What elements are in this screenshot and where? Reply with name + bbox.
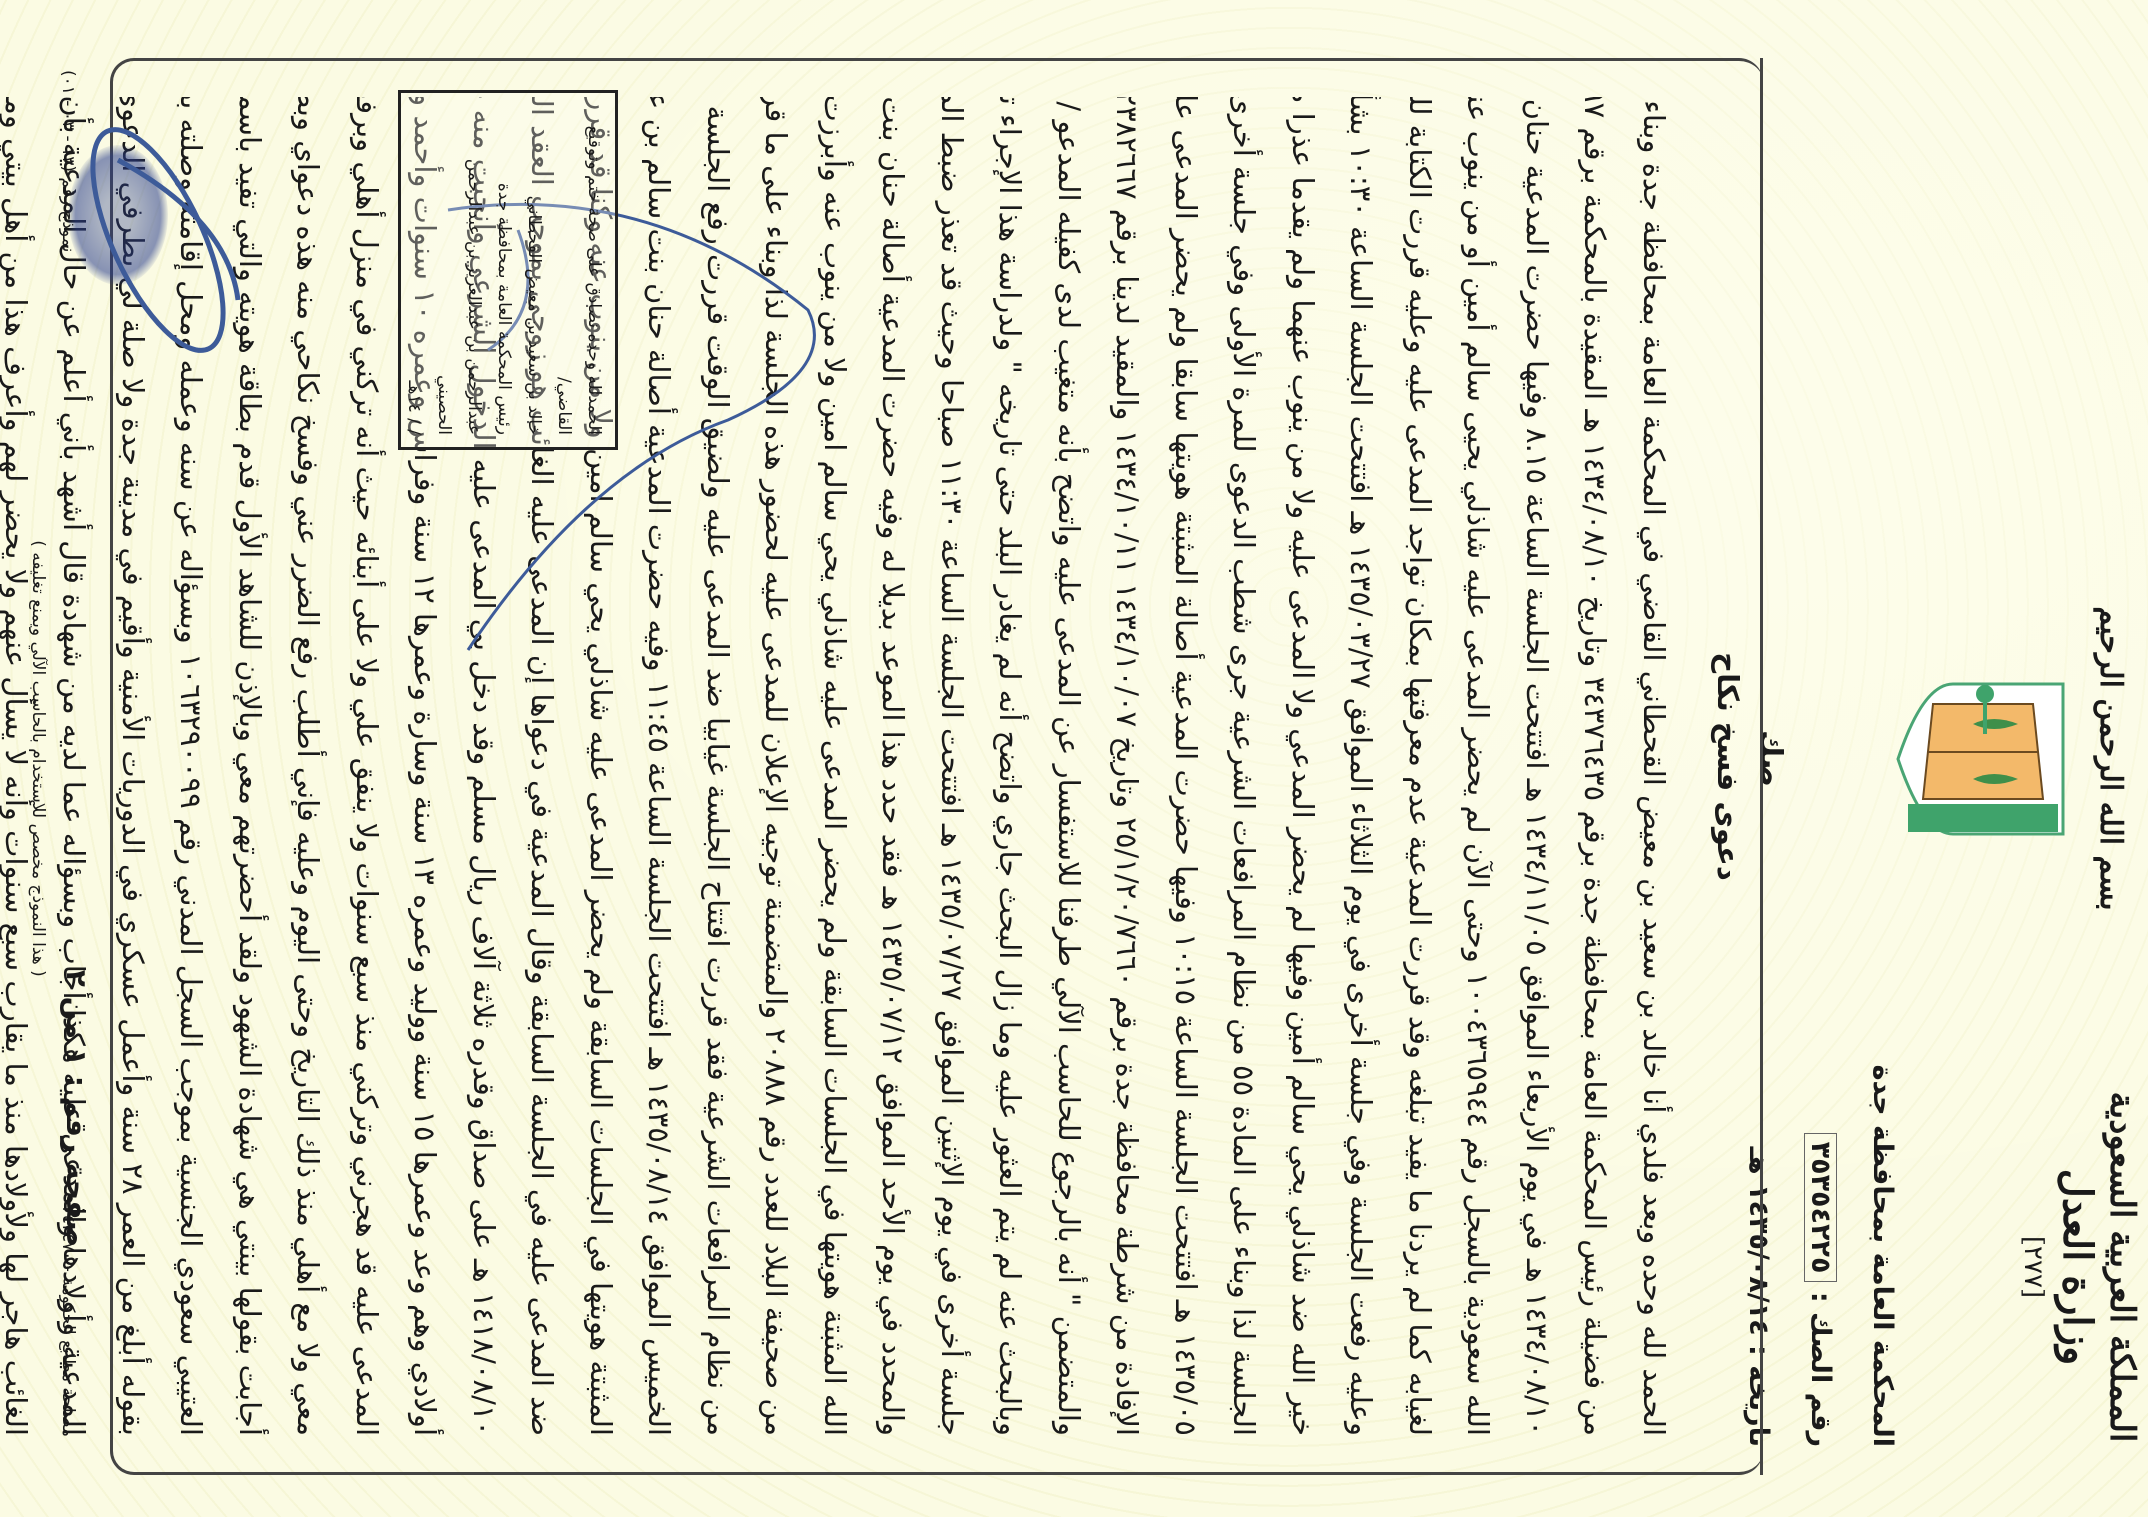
body-line: الخميس الموافق ١٤٣٥/٠٨/١٤ هـ افتتحت الجل… bbox=[630, 97, 689, 1436]
certification-date: / / ١٤هـ bbox=[399, 105, 429, 435]
certification-box: الحمدلله وحده نصادق على صحة ختم وتوقيع ا… bbox=[398, 90, 618, 450]
body-line: من فضيلة رئيس المحكمة العامة بمحافظة جدة… bbox=[1566, 97, 1625, 1436]
case-title: دعوى فسخ نكاح bbox=[1711, 61, 1745, 1472]
body-line: الجلسة لذا وبناء على المادة ٥٥ من نظام ا… bbox=[1215, 97, 1274, 1436]
form-number: نموذج رقم (١٣ - ٠٣ - ٠١) bbox=[58, 70, 78, 252]
certification-line: الحمدلله وحده نصادق على صحة ختم وتوقيع ا… bbox=[549, 105, 609, 435]
body-line: لغيابه كما لم يردنا ما يفيد تبلغه وقد قر… bbox=[1391, 97, 1450, 1436]
body-line: العتيبي سعودي الجنسية بموجب السجل المدني… bbox=[162, 97, 221, 1436]
deed-body-text: الحمد لله وحده وبعد فلدي أنا خالد بن سعي… bbox=[0, 97, 1683, 1436]
basmala: بسم الله الرحمن الرحيم bbox=[2093, 0, 2128, 1517]
court-deed-page: المملكة العربية السعودية وزارة العدل [٢٧… bbox=[0, 0, 2148, 1517]
body-line: الإفادة من شرطة محافظة جدة برقم ٢٥/١/٢٠/… bbox=[1098, 97, 1157, 1436]
body-line: الله سعودية بالسجل رقم ١٠٠٤٣٦٥٩٤٤ وحتى ا… bbox=[1449, 97, 1508, 1436]
body-line: أجابت بقولها بينتي هي شهادة الشهود ولقد … bbox=[221, 97, 280, 1436]
reference-code: [٢٧٧] bbox=[2018, 1087, 2048, 1447]
body-line: بقوله أبلغ من العمر ٢٨ سنة وأعمل عسكري ف… bbox=[104, 97, 163, 1436]
body-line: وبالبحث عنه لم يتم العثور عليه وما زال ا… bbox=[981, 97, 1040, 1436]
certification-line: رئيس المحكمة العامة بمحافظة جدة bbox=[489, 105, 519, 435]
body-line: الله المثبتة هويتها في الجلسات السابقة و… bbox=[806, 97, 865, 1436]
body-line: المدعى عليه قد هجرني وتركني منذ سبع سنوا… bbox=[338, 97, 397, 1436]
deed-number-row: رقم الصك : ٣٥٣٥٤٢٢٥ bbox=[1789, 1065, 1851, 1447]
body-line: معي ولا مع أهلي منذ ذلك التاريخ وحتى الي… bbox=[279, 97, 338, 1436]
body-line: جلسة أخرى في يوم الإثنين الموافق ١٤٣٥/٠٧… bbox=[923, 97, 982, 1436]
deed-number-label: رقم الصك : bbox=[1805, 1292, 1836, 1447]
body-line: والمحدد في يوم الأحد الموافق ١٤٣٥/٠٧/١٢ … bbox=[864, 97, 923, 1436]
court-name: المحكمة العامة بمحافظة جدة bbox=[1851, 1065, 1913, 1447]
body-line: وعليه رفعت الجلسة وفي جلسة أخرى في يوم ا… bbox=[1332, 97, 1391, 1436]
official-stamp-icon bbox=[68, 145, 168, 285]
certification-line: خالد بن سعيد بن معيض القحطاني bbox=[519, 105, 549, 435]
body-line: ١٤٣٤/٠٨/١٠ هـ في يوم الأربعاء الموافق ١٤… bbox=[1508, 97, 1567, 1436]
body-line: ١٤٣٥/٠٥ هـ افتتحت الجلسة الساعة ١٠:١٥ وف… bbox=[1157, 97, 1216, 1436]
deed-body-frame: دعوى فسخ نكاح الحمد لله وحده وبعد فلدي أ… bbox=[110, 58, 1763, 1475]
body-line: الحمد لله وحده وبعد فلدي أنا خالد بن سعي… bbox=[1625, 97, 1684, 1436]
body-line: من نظام المرافعات الشرعية فقد قررت افتتا… bbox=[689, 97, 748, 1436]
body-line: والمتضمن " أنه بالرجوع للحاسب الآلي طرفن… bbox=[1040, 97, 1099, 1436]
ministry-of-justice-emblem-icon bbox=[1893, 674, 2073, 844]
form-notice: ( هذا النموذج مخصص للاستخدام بالحاسب الآ… bbox=[28, 0, 48, 1517]
body-line: خير الله ضد شاذلي يحي سالم أمين وفيها لم… bbox=[1274, 97, 1333, 1436]
deed-number: ٣٥٣٥٤٢٢٥ bbox=[1804, 1133, 1837, 1283]
body-line: من صحيفة البلاد للعدد رقم ٢٠٨٨٨ والمتضمن… bbox=[747, 97, 806, 1436]
certification-line: عبدالرحمن بن عبدالعزيز بن عبدالرحمن الحص… bbox=[429, 105, 489, 435]
printer-credit: مصلحة مطابع الحكومة - ٣٤٢٤٧٠ bbox=[58, 1206, 78, 1437]
